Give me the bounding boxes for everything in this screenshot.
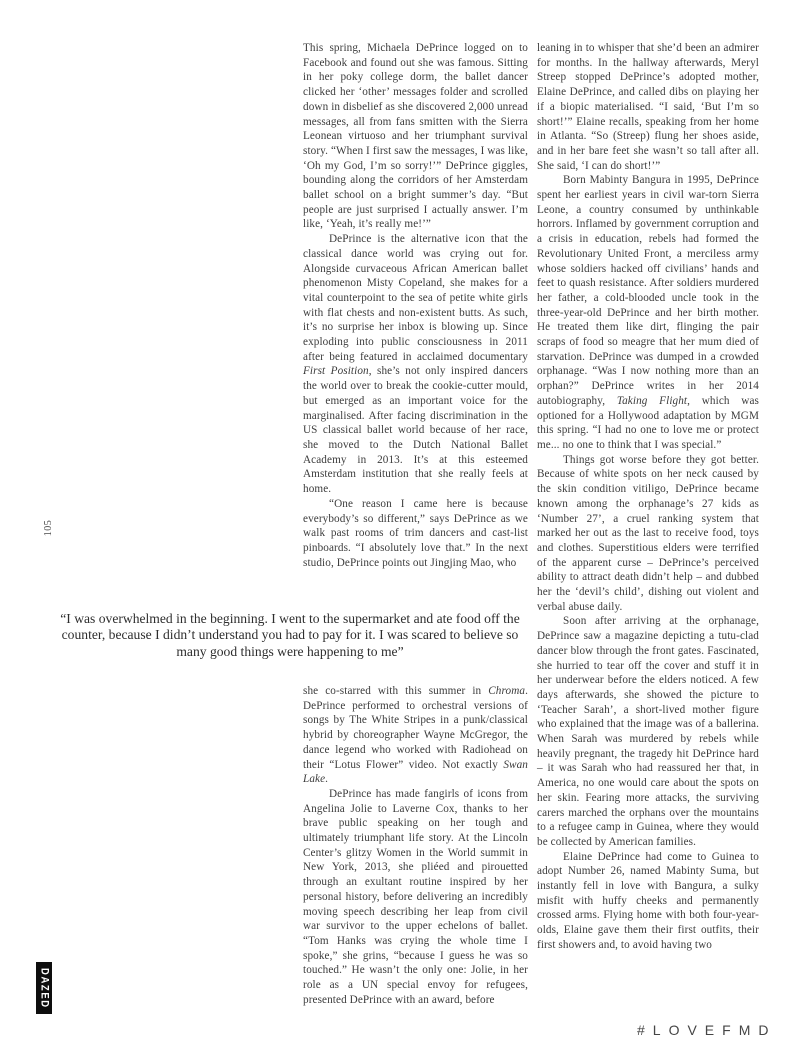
lovefmd-watermark: #LOVEFMD — [637, 1022, 776, 1038]
paragraph: “One reason I came here is because every… — [303, 497, 528, 571]
paragraph: This spring, Michaela DePrince logged on… — [303, 41, 528, 232]
paragraph: DePrince is the alternative icon that th… — [303, 232, 528, 497]
dazed-spine-logo: DAZED — [36, 962, 52, 1014]
article-column-1-lower: she co-starred with this summer in Chrom… — [303, 684, 528, 1007]
paragraph: leaning in to whisper that she’d been an… — [537, 41, 759, 173]
dazed-logo-text: DAZED — [38, 968, 51, 1009]
article-column-1-upper: This spring, Michaela DePrince logged on… — [303, 41, 528, 570]
article-column-2: leaning in to whisper that she’d been an… — [537, 41, 759, 953]
paragraph: she co-starred with this summer in Chrom… — [303, 684, 528, 787]
magazine-page: 105 DAZED This spring, Michaela DePrince… — [0, 0, 800, 1054]
paragraph: Soon after arriving at the orphanage, De… — [537, 614, 759, 849]
paragraph: DePrince has made fangirls of icons from… — [303, 787, 528, 1008]
paragraph: Born Mabinty Bangura in 1995, DePrince s… — [537, 173, 759, 452]
paragraph: Things got worse before they got better.… — [537, 453, 759, 615]
page-number: 105 — [33, 508, 63, 548]
paragraph: Elaine DePrince had come to Guinea to ad… — [537, 850, 759, 953]
pull-quote: “I was overwhelmed in the beginning. I w… — [58, 611, 522, 660]
